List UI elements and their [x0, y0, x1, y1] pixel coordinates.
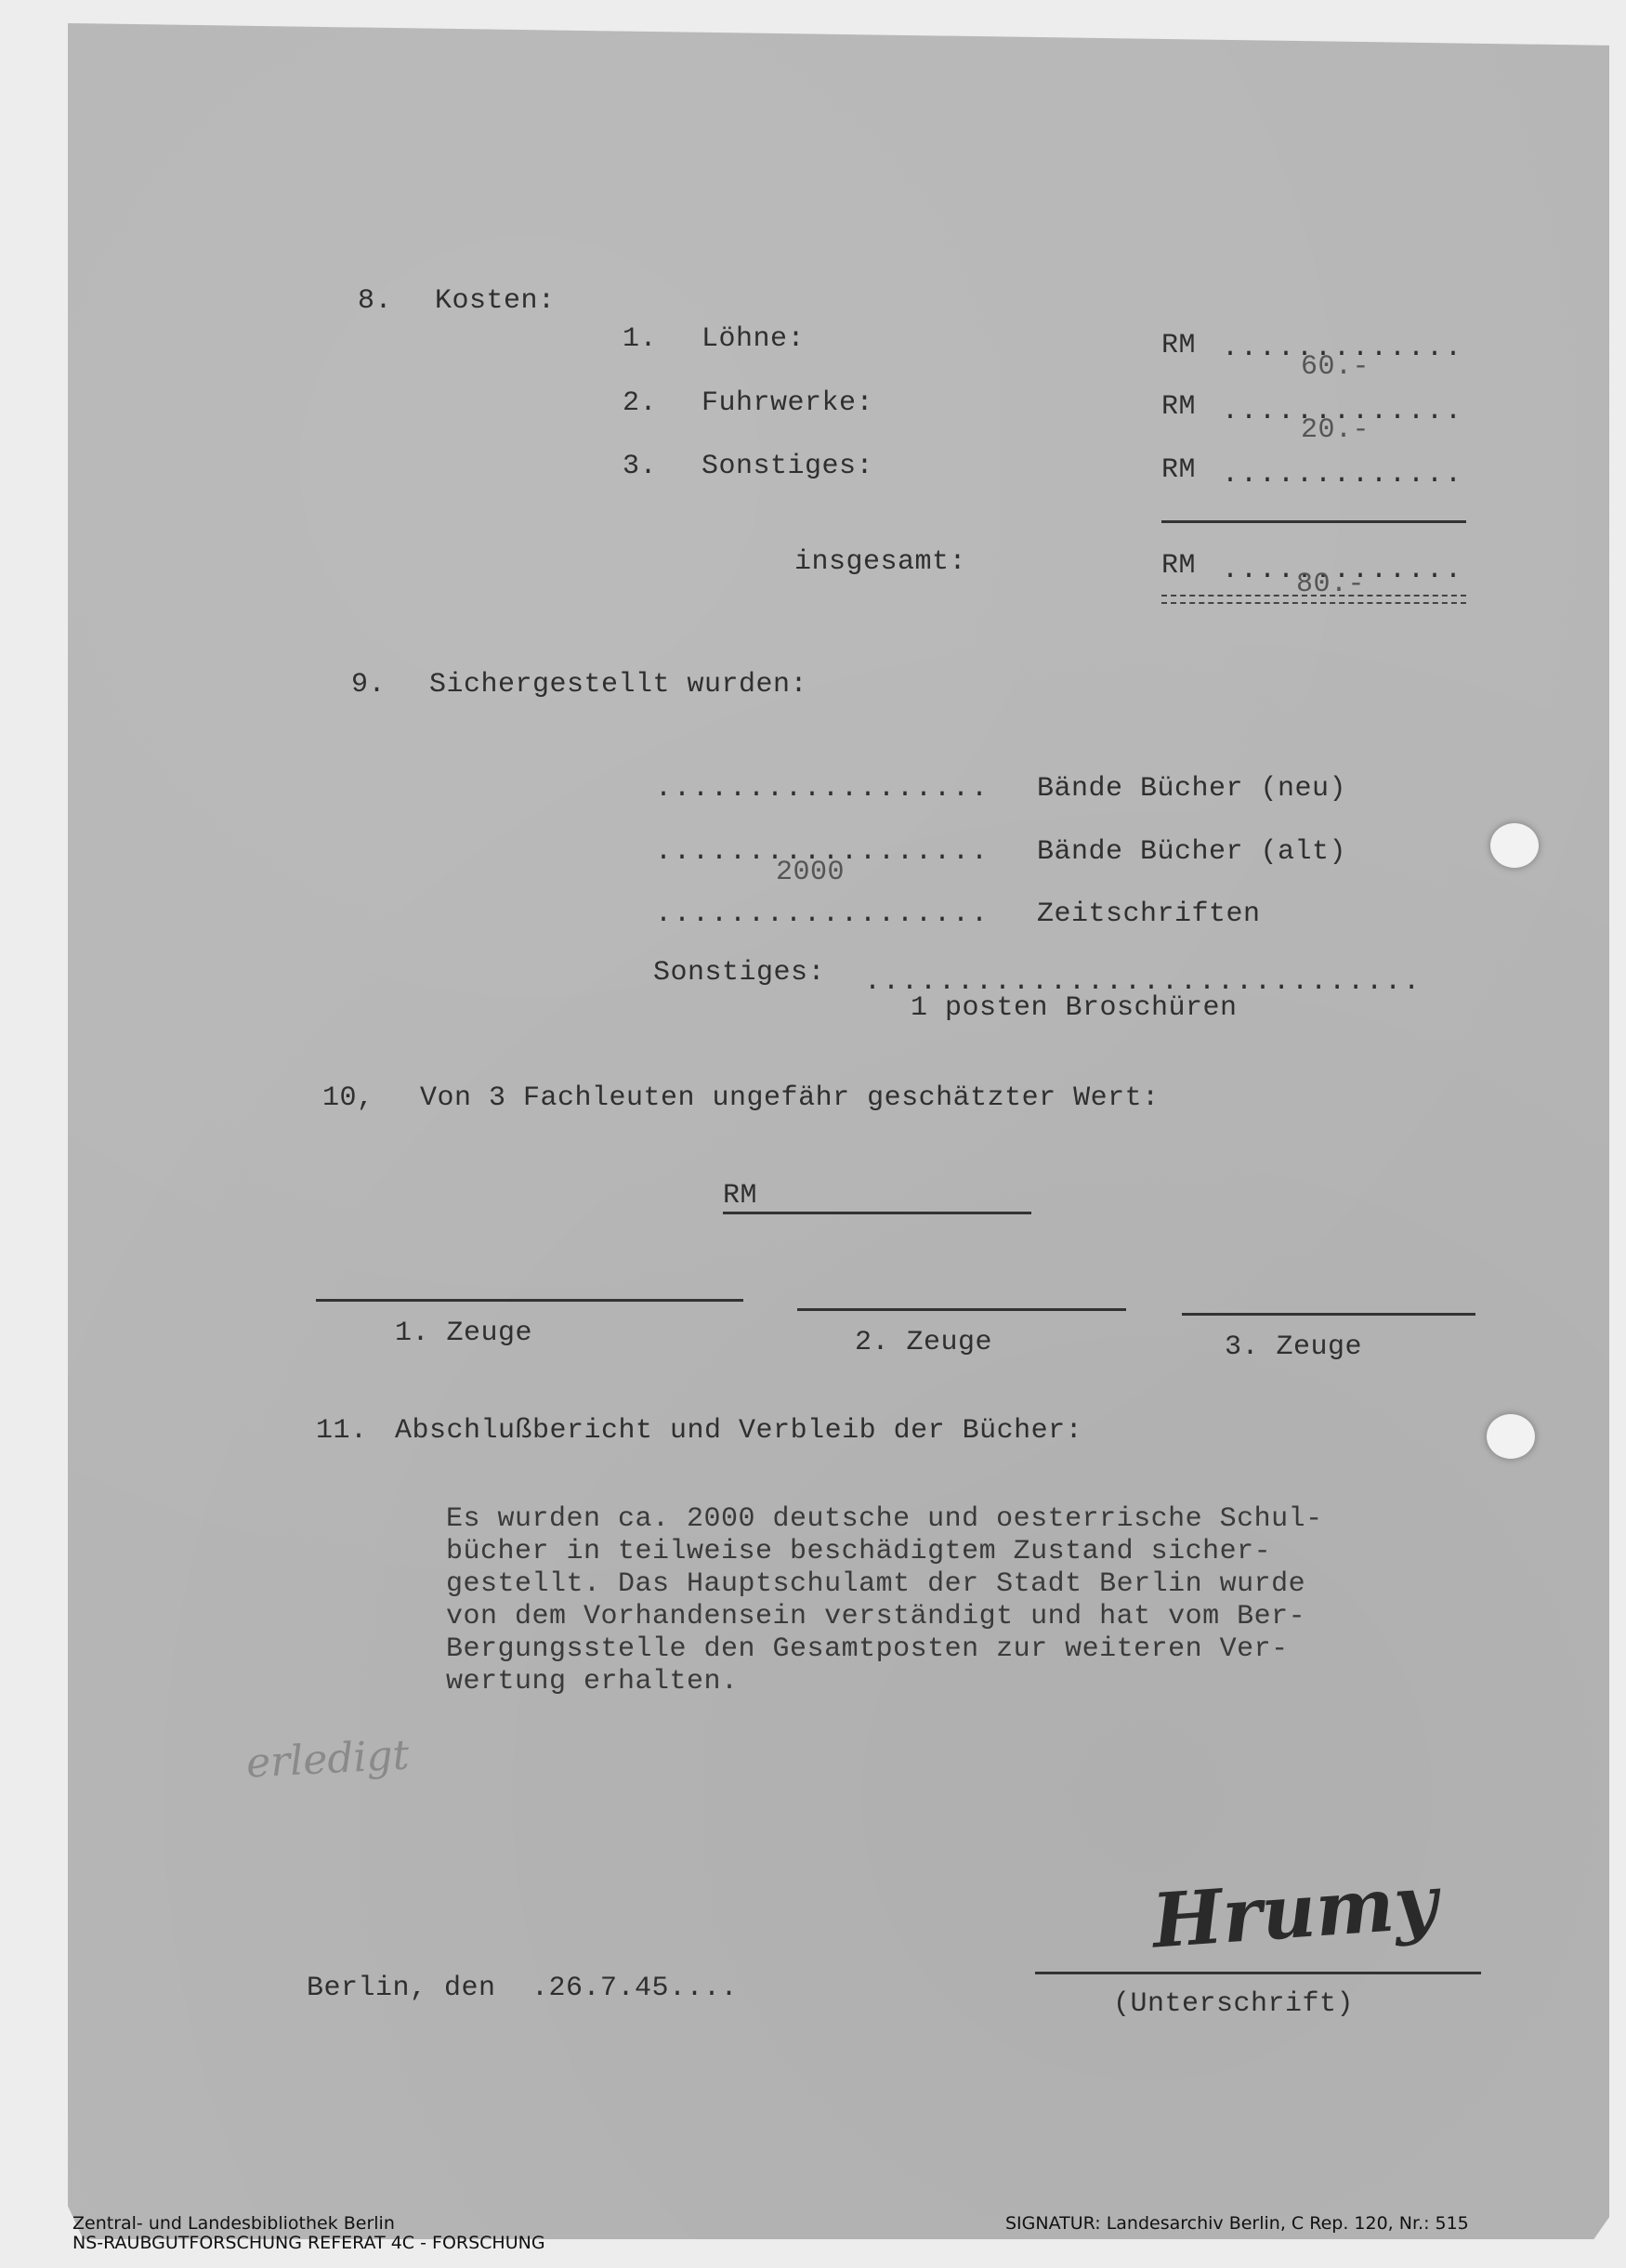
cost-item-currency: RM: [1161, 454, 1196, 486]
punch-hole: [1490, 823, 1539, 868]
witness-line: [797, 1308, 1126, 1311]
cost-item-value: 20.-: [1301, 414, 1370, 446]
item-value: 2000: [776, 857, 845, 888]
section-number: 11.: [316, 1415, 368, 1447]
item-label: Bände Bücher (alt): [1037, 836, 1346, 868]
item-label: Zeitschriften: [1037, 898, 1261, 930]
total-currency: RM: [1161, 550, 1196, 582]
footer-library: Zentral- und Landesbibliothek Berlin NS-…: [72, 2214, 545, 2253]
cost-item-dots: .............: [1222, 459, 1463, 491]
item-dots: ..................: [655, 898, 990, 930]
witness-line: [316, 1299, 743, 1302]
total-label: insgesamt:: [794, 546, 966, 578]
footer-department: NS-RAUBGUTFORSCHUNG REFERAT 4C - FORSCHU…: [72, 2234, 545, 2253]
section-title: Kosten:: [435, 285, 556, 317]
witness-line: [1182, 1313, 1475, 1316]
cost-item-value: 60.-: [1301, 351, 1370, 383]
cost-item-currency: RM: [1161, 330, 1196, 361]
footer-signature: SIGNATUR: Landesarchiv Berlin, C Rep. 12…: [1005, 2214, 1469, 2234]
value-rule: [723, 1212, 1031, 1214]
total-value: 80.-: [1296, 569, 1365, 600]
value-currency: RM: [723, 1180, 757, 1212]
other-value: 1 posten Broschüren: [911, 992, 1238, 1024]
witness-label: 2. Zeuge: [855, 1327, 992, 1358]
item-label: Bände Bücher (neu): [1037, 773, 1346, 805]
closing-report: Es wurden ca. 2000 deutsche und oesterri…: [446, 1503, 1323, 1698]
signature-caption: (Unterschrift): [1113, 1988, 1354, 2020]
witness-label: 3. Zeuge: [1225, 1331, 1362, 1363]
witness-label: 1. Zeuge: [395, 1318, 532, 1349]
place-label: Berlin, den: [307, 1973, 496, 2004]
cost-item-label: Sonstiges:: [702, 451, 873, 482]
footer-library-name: Zentral- und Landesbibliothek Berlin: [72, 2214, 545, 2234]
section-number: 9.: [351, 669, 386, 701]
signature-line: [1035, 1972, 1481, 1974]
cost-item-number: 3.: [623, 451, 657, 482]
section-title: Von 3 Fachleuten ungefähr geschätzter We…: [420, 1082, 1160, 1114]
section-number: 10,: [322, 1082, 374, 1114]
punch-hole: [1487, 1414, 1535, 1459]
cost-item-label: Löhne:: [702, 323, 805, 355]
date: .26.7.45....: [531, 1973, 738, 2004]
cost-item-label: Fuhrwerke:: [702, 387, 873, 419]
handwritten-note: erledigt: [245, 1731, 411, 1787]
section-title: Abschlußbericht und Verbleib der Bücher:: [395, 1415, 1082, 1447]
cost-item-currency: RM: [1161, 391, 1196, 423]
cost-item-number: 1.: [623, 323, 657, 355]
other-label: Sonstiges:: [653, 957, 825, 989]
section-title: Sichergestellt wurden:: [429, 669, 807, 701]
cost-item-number: 2.: [623, 387, 657, 419]
sum-rule: [1161, 520, 1466, 523]
section-number: 8.: [358, 285, 392, 317]
item-dots: ..................: [655, 773, 990, 805]
